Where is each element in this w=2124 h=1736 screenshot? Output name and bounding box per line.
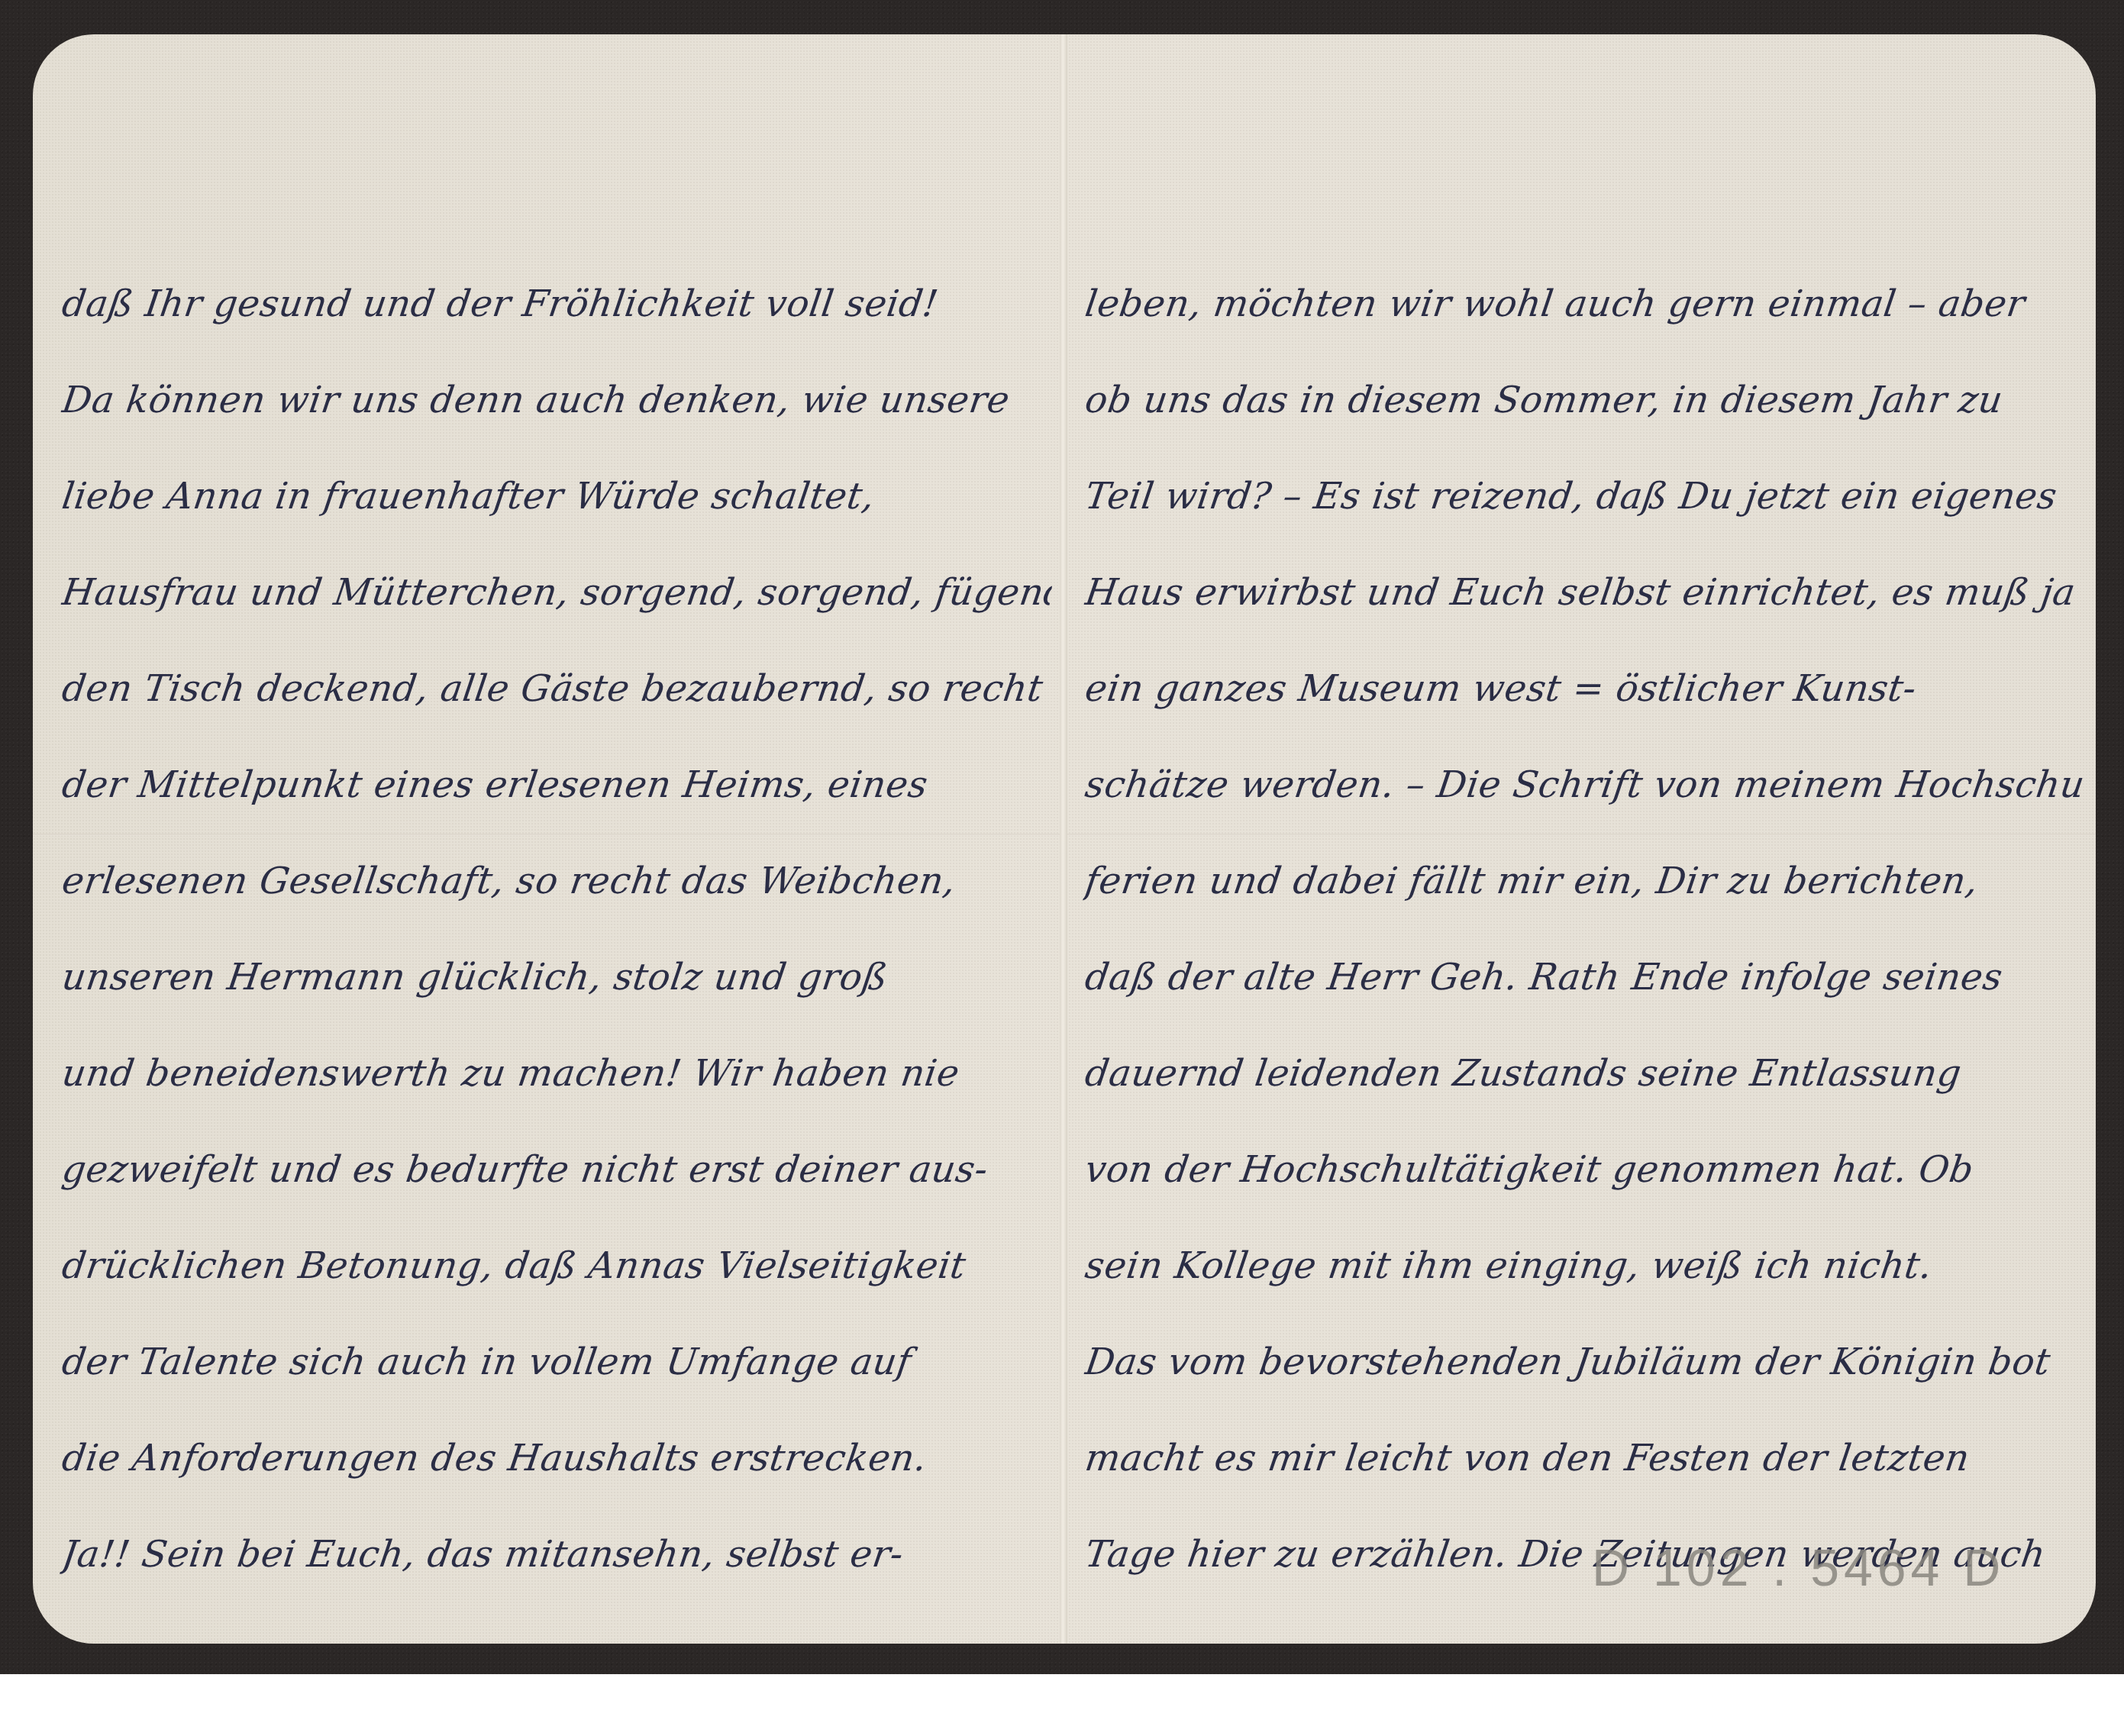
handwritten-line: erlesenen Gesellschaft, so recht das Wei… (56, 833, 1058, 929)
handwritten-line: leben, möchten wir wohl auch gern einmal… (1079, 256, 2090, 352)
handwritten-line: schätze werden. – Die Schrift von meinem… (1079, 737, 2090, 833)
left-page: daß Ihr gesund und der Fröhlichkeit voll… (33, 34, 1060, 1644)
handwritten-line: der Talente sich auch in vollem Umfange … (56, 1314, 1058, 1410)
handwritten-line: und beneidenswerth zu machen! Wir haben … (56, 1025, 1058, 1121)
handwritten-line: die Anforderungen des Haushalts erstreck… (56, 1410, 1058, 1506)
right-page-lines: leben, möchten wir wohl auch gern einmal… (1079, 256, 2077, 1602)
right-page: leben, möchten wir wohl auch gern einmal… (1067, 34, 2096, 1644)
handwritten-line: ferien und dabei fällt mir ein, Dir zu b… (1079, 833, 2090, 929)
center-fold (1060, 34, 1067, 1644)
handwritten-line: liebe Anna in frauenhafter Würde schalte… (56, 448, 1058, 544)
handwritten-line: Hausfrau und Mütterchen, sorgend, sorgen… (56, 544, 1058, 641)
handwritten-line: sein Kollege mit ihm einging, weiß ich n… (1079, 1218, 2090, 1314)
handwritten-line: von der Hochschultätigkeit genommen hat.… (1079, 1121, 2090, 1218)
handwritten-line: ein ganzes Museum west = östlicher Kunst… (1079, 641, 2090, 737)
handwritten-line: gezweifelt und es bedurfte nicht erst de… (56, 1121, 1058, 1218)
letter-card: daß Ihr gesund und der Fröhlichkeit voll… (33, 34, 2096, 1644)
handwritten-line: der Mittelpunkt eines erlesenen Heims, e… (56, 737, 1058, 833)
handwritten-line: drücklichen Betonung, daß Annas Vielseit… (56, 1218, 1058, 1314)
handwritten-line: Ja!! Sein bei Euch, das mitansehn, selbs… (56, 1506, 1058, 1602)
handwritten-line: ob uns das in diesem Sommer, in diesem J… (1079, 352, 2090, 448)
handwritten-line: den Tisch deckend, alle Gäste bezaubernd… (56, 641, 1058, 737)
handwritten-line: Haus erwirbst und Euch selbst einrichtet… (1079, 544, 2090, 641)
archive-reference-number: D 102 . 5464 D (1592, 1538, 2005, 1598)
handwritten-line: daß der alte Herr Geh. Rath Ende infolge… (1079, 929, 2090, 1025)
left-page-lines: daß Ihr gesund und der Fröhlichkeit voll… (56, 256, 1044, 1602)
handwritten-line: unseren Hermann glücklich, stolz und gro… (56, 929, 1058, 1025)
handwritten-line: Das vom bevorstehenden Jubiläum der Köni… (1079, 1314, 2090, 1410)
handwritten-line: Teil wird? – Es ist reizend, daß Du jetz… (1079, 448, 2090, 544)
handwritten-line: macht es mir leicht von den Festen der l… (1079, 1410, 2090, 1506)
handwritten-line: dauernd leidenden Zustands seine Entlass… (1079, 1025, 2090, 1121)
handwritten-line: daß Ihr gesund und der Fröhlichkeit voll… (56, 256, 1058, 352)
handwritten-line: Da können wir uns denn auch denken, wie … (56, 352, 1058, 448)
